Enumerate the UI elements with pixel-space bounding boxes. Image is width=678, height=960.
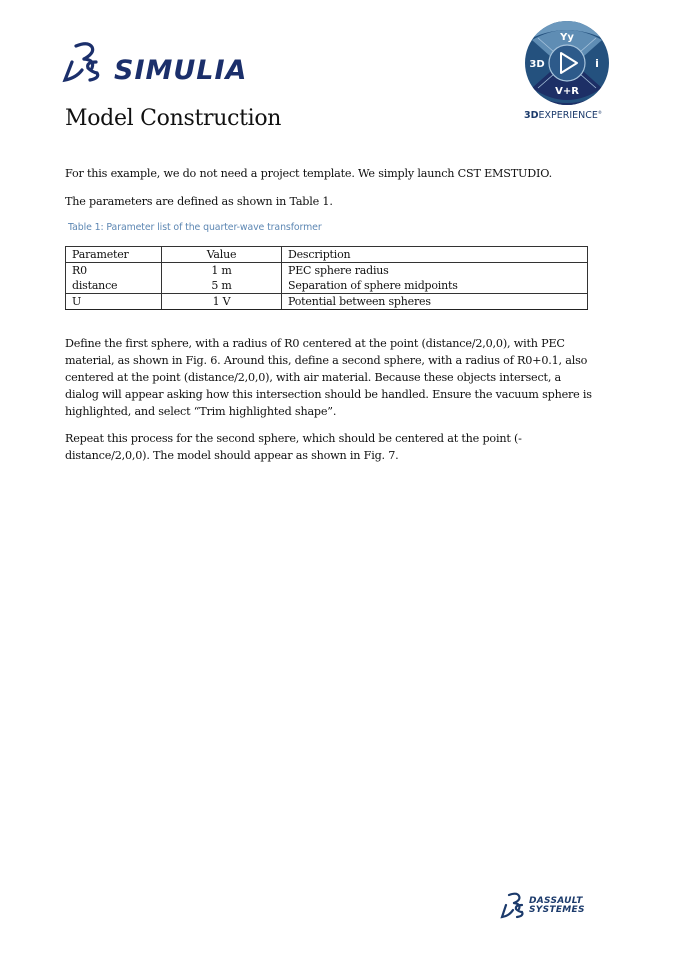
first-sphere-paragraph: Define the first sphere, with a radius o… [65, 335, 595, 420]
cell-parameter: R0 [66, 263, 162, 279]
column-header-parameter: Parameter [66, 247, 162, 263]
cell-description: PEC sphere radius [282, 263, 588, 279]
brand-name: SIMULIA [114, 55, 247, 86]
badge-right-label: i [595, 57, 599, 70]
3dexperience-wordmark: 3DEXPERIENCE® [524, 110, 612, 121]
cell-value: 1 V [162, 294, 282, 310]
second-sphere-paragraph: Repeat this process for the second spher… [65, 430, 595, 464]
dassault-systemes-wordmark: DASSAULT SYSTEMES [529, 897, 585, 915]
cell-parameter: distance [66, 278, 162, 294]
table-caption: Table 1: Parameter list of the quarter-w… [68, 222, 322, 233]
dassault-systemes-logo: DASSAULT SYSTEMES [500, 891, 585, 921]
wordmark-line-2: SYSTEMES [529, 906, 585, 915]
column-header-value: Value [162, 247, 282, 263]
badge-left-label: 3D [529, 59, 544, 70]
badge-bottom-label: V+R [555, 86, 579, 97]
cell-value: 1 m [162, 263, 282, 279]
table-row: R0 1 m PEC sphere radius [66, 263, 588, 279]
cell-value: 5 m [162, 278, 282, 294]
cell-description: Separation of sphere midpoints [282, 278, 588, 294]
cell-parameter: U [66, 294, 162, 310]
badge-top-label: Yy [559, 32, 574, 43]
wordmark-bold: 3D [524, 110, 539, 121]
table-row: U 1 V Potential between spheres [66, 294, 588, 310]
parameter-table: Parameter Value Description R0 1 m PEC s… [65, 246, 588, 310]
page-title: Model Construction [65, 106, 281, 131]
table-header-row: Parameter Value Description [66, 247, 588, 263]
3dexperience-compass-icon: Yy 3D i V+R [524, 20, 610, 106]
cell-description: Potential between spheres [282, 294, 588, 310]
simulia-logo: SIMULIA [62, 40, 267, 86]
intro-paragraph: For this example, we do not need a proje… [65, 165, 595, 182]
3ds-logo-icon [500, 891, 526, 921]
column-header-description: Description [282, 247, 588, 263]
wordmark-rest: EXPERIENCE [539, 110, 598, 121]
table-row: distance 5 m Separation of sphere midpoi… [66, 278, 588, 294]
3ds-logo-icon: SIMULIA [62, 40, 267, 86]
parameters-paragraph: The parameters are defined as shown in T… [65, 193, 595, 210]
